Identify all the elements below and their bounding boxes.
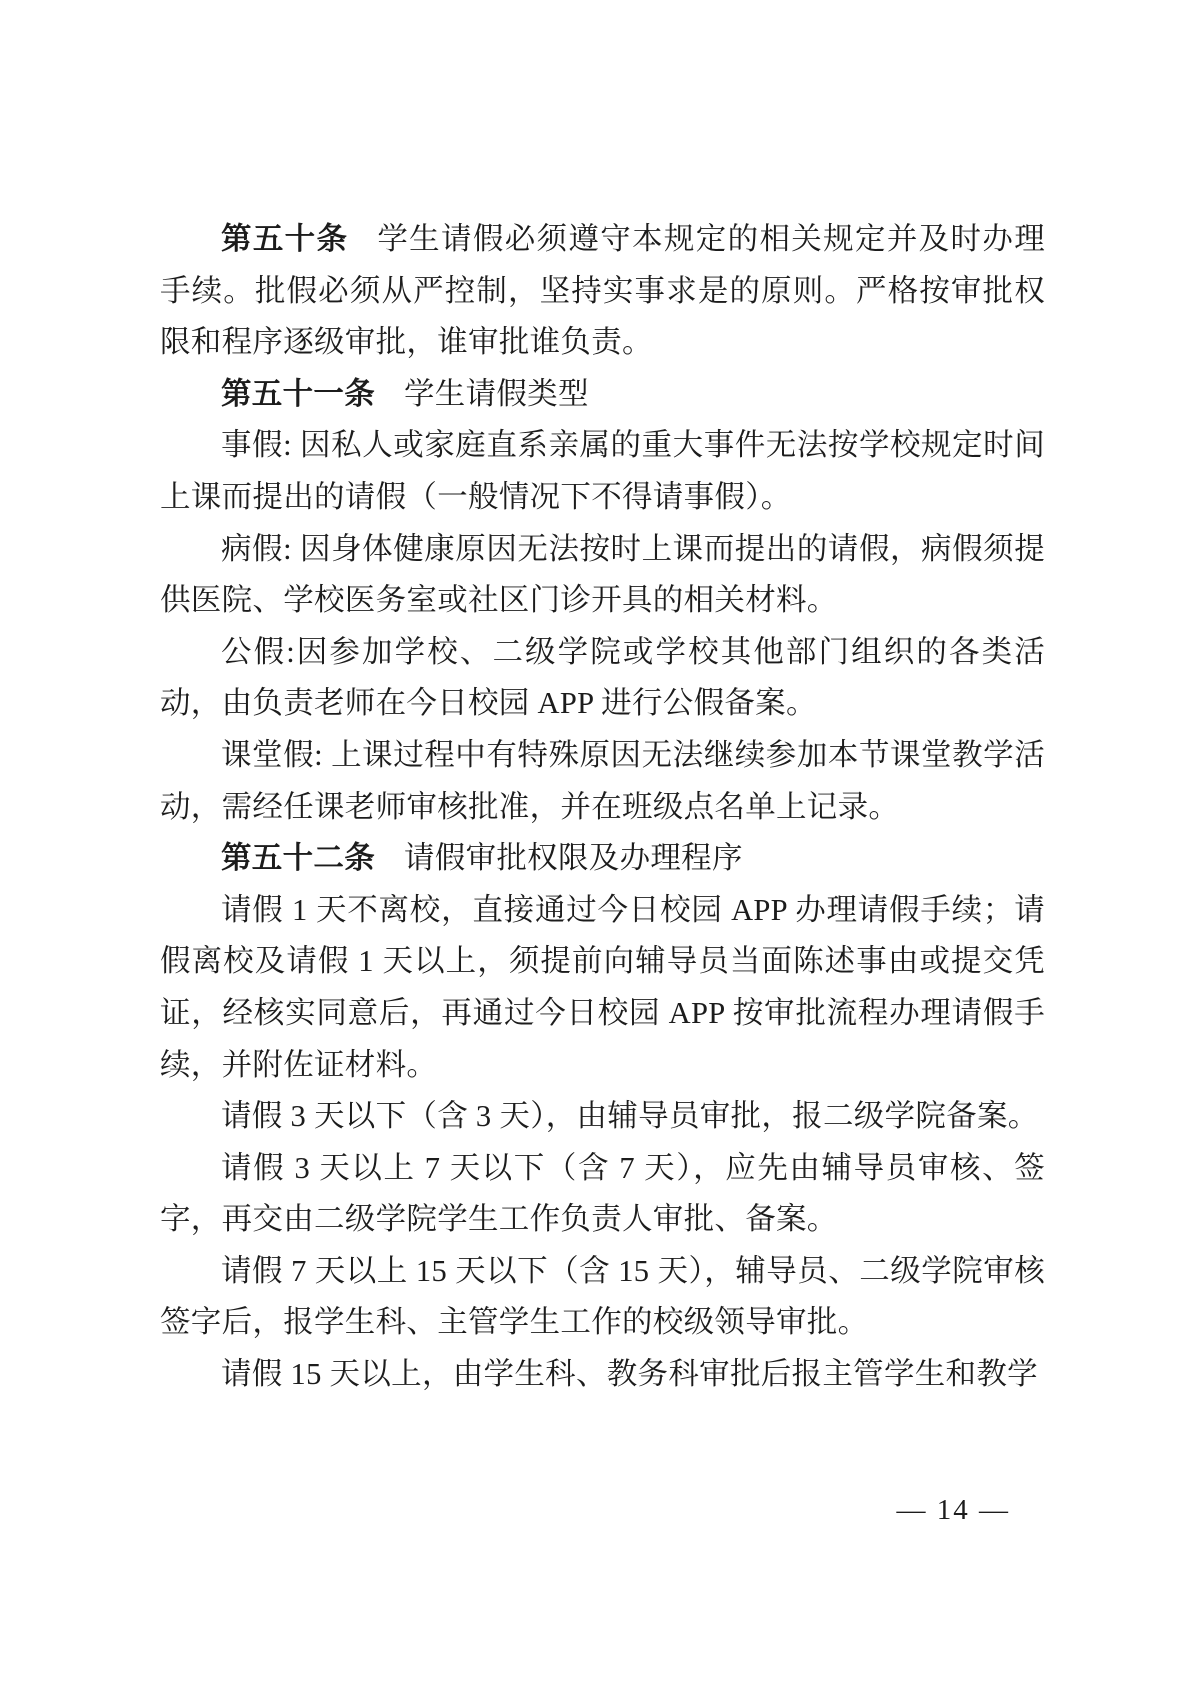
page-number: — 14 — (897, 1494, 1011, 1527)
paragraph-leave-3-days: 请假 3 天以下（含 3 天），由辅导员审批，报二级学院备案。 (160, 1091, 1045, 1143)
paragraph-leave-over-15-days: 请假 15 天以上，由学生科、教务科审批后报主管学生和教学 (160, 1349, 1045, 1401)
paragraph-text: 事假: 因私人或家庭直系亲属的重大事件无法按学校规定时间上课而提出的请假（一般情… (160, 428, 1045, 514)
article-number: 第五十二条 (221, 841, 375, 875)
paragraph-public-leave: 公假:因参加学校、二级学院或学校其他部门组织的各类活动，由负责老师在今日校园 A… (160, 627, 1045, 730)
document-body: 第五十条学生请假必须遵守本规定的相关规定并及时办理手续。批假必须从严控制，坚持实… (160, 214, 1045, 1401)
paragraph-sick-leave: 病假: 因身体健康原因无法按时上课而提出的请假，病假须提供医院、学校医务室或社区… (160, 524, 1045, 627)
paragraph-class-leave: 课堂假: 上课过程中有特殊原因无法继续参加本节课堂教学活动，需经任课老师审核批准… (160, 730, 1045, 833)
article-number: 第五十条 (221, 222, 348, 256)
document-page: 第五十条学生请假必须遵守本规定的相关规定并及时办理手续。批假必须从严控制，坚持实… (0, 0, 1191, 1684)
paragraph-article-51: 第五十一条学生请假类型 (160, 369, 1045, 421)
paragraph-text: 公假:因参加学校、二级学院或学校其他部门组织的各类活动，由负责老师在今日校园 A… (160, 635, 1045, 721)
paragraph-leave-7-to-15-days: 请假 7 天以上 15 天以下（含 15 天），辅导员、二级学院审核签字后，报学… (160, 1246, 1045, 1349)
paragraph-leave-1-day: 请假 1 天不离校，直接通过今日校园 APP 办理请假手续；请假离校及请假 1 … (160, 885, 1045, 1091)
paragraph-text: 请假 7 天以上 15 天以下（含 15 天），辅导员、二级学院审核签字后，报学… (160, 1254, 1045, 1340)
paragraph-text: 请假 1 天不离校，直接通过今日校园 APP 办理请假手续；请假离校及请假 1 … (160, 893, 1045, 1082)
paragraph-text: 课堂假: 上课过程中有特殊原因无法继续参加本节课堂教学活动，需经任课老师审核批准… (160, 738, 1045, 824)
paragraph-text: 请假 15 天以上，由学生科、教务科审批后报主管学生和教学 (221, 1357, 1038, 1391)
paragraph-text: 请假 3 天以下（含 3 天），由辅导员审批，报二级学院备案。 (221, 1099, 1039, 1133)
paragraph-leave-3-to-7-days: 请假 3 天以上 7 天以下（含 7 天），应先由辅导员审核、签字，再交由二级学… (160, 1143, 1045, 1246)
paragraph-article-50: 第五十条学生请假必须遵守本规定的相关规定并及时办理手续。批假必须从严控制，坚持实… (160, 214, 1045, 369)
paragraph-text: 学生请假类型 (404, 377, 589, 411)
paragraph-text: 病假: 因身体健康原因无法按时上课而提出的请假，病假须提供医院、学校医务室或社区… (160, 532, 1045, 618)
paragraph-article-52: 第五十二条请假审批权限及办理程序 (160, 833, 1045, 885)
paragraph-text: 请假 3 天以上 7 天以下（含 7 天），应先由辅导员审核、签字，再交由二级学… (160, 1151, 1045, 1237)
paragraph-text: 请假审批权限及办理程序 (404, 841, 743, 875)
article-number: 第五十一条 (221, 377, 375, 411)
paragraph-personal-leave: 事假: 因私人或家庭直系亲属的重大事件无法按学校规定时间上课而提出的请假（一般情… (160, 420, 1045, 523)
